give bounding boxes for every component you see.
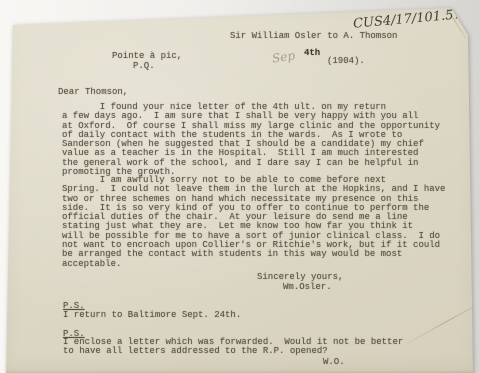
place-line-1: Pointe à pic, [112,52,182,61]
paper-shadow-wrap: CUS4/17/101.57 Sir William Osler to A. T… [0,0,480,373]
signature: Wm.Osler. [283,283,332,292]
body-paragraph-1: I found your nice letter of the 4th ult.… [62,103,440,177]
postscript-1-text: I return to Baltimore Sept. 24th. [63,311,241,320]
date-day: 4th [304,49,320,58]
body-paragraph-2: I am awfully sorry not to be able to com… [62,176,445,269]
corner-fold-edge [447,9,466,38]
scanned-letter-page: CUS4/17/101.57 Sir William Osler to A. T… [0,0,480,373]
paper-crease [398,295,480,349]
salutation: Dear Thomson, [58,88,128,97]
closing-phrase: Sincerely yours, [257,273,343,282]
date-year: (1904). [327,57,365,66]
sender-initials: W.O. [323,358,345,367]
date-month-handwritten: Sep [271,48,296,65]
postscript-2-text: I enclose a letter which was forwarded. … [63,338,403,357]
letter-paper: CUS4/17/101.57 Sir William Osler to A. T… [0,0,480,373]
letter-caption: Sir William Osler to A. Thomson [230,32,397,41]
archive-reference-handwriting: CUS4/17/101.57 [353,7,463,31]
place-line-2: P.Q. [133,62,155,71]
